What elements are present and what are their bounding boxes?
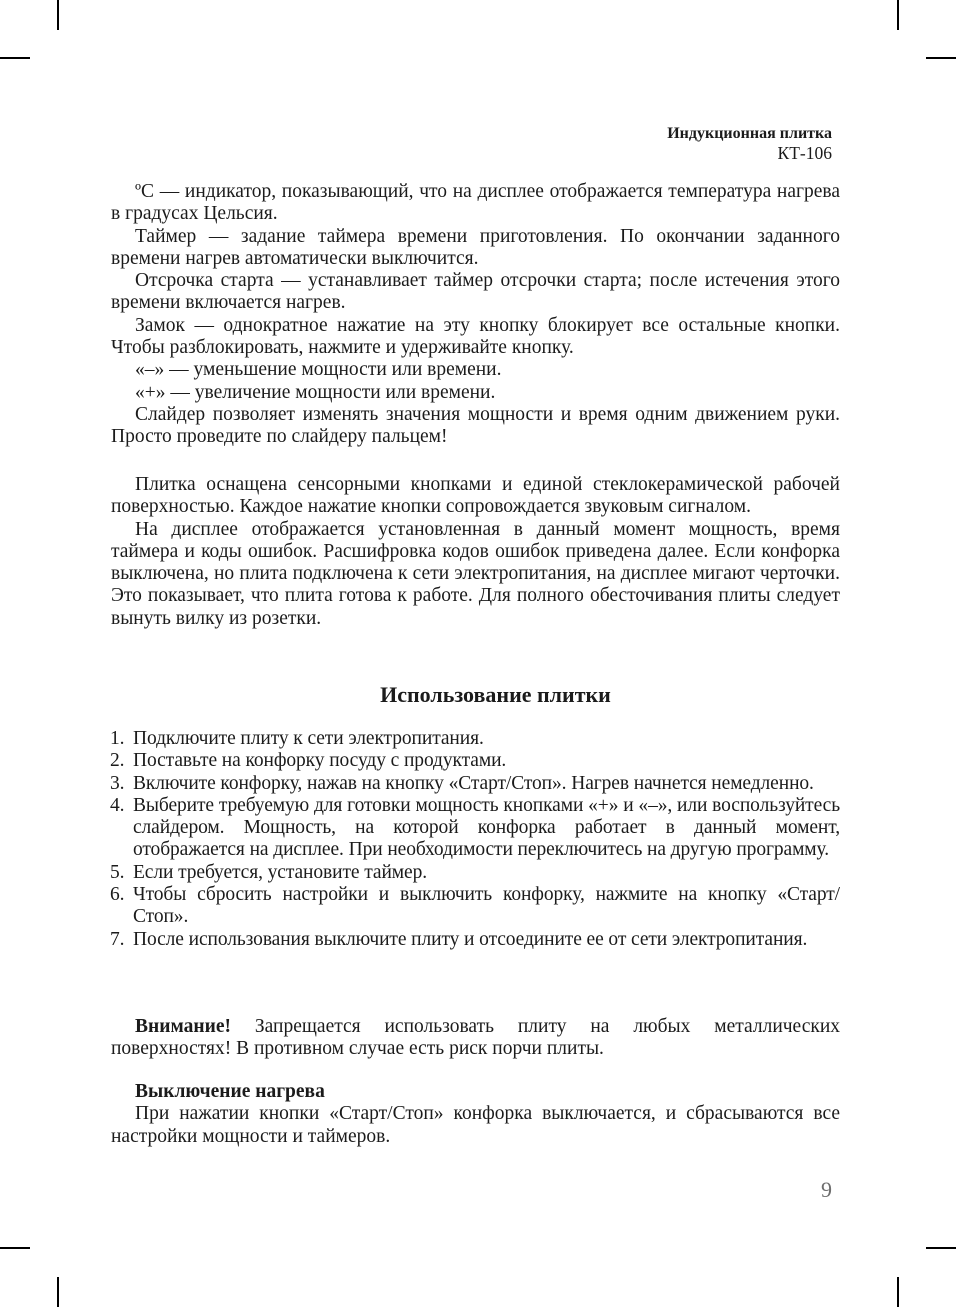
usage-step: 2. Поставьте на конфорку посуду с продук…	[110, 750, 840, 772]
warning-paragraph: Внимание! Запрещается использовать плиту…	[111, 1016, 840, 1061]
step-number: 6.	[110, 884, 133, 929]
step-text: Подключите плиту к сети электропитания.	[133, 728, 840, 750]
crop-mark-top-right-horizontal	[926, 57, 956, 59]
warning-section: Внимание! Запрещается использовать плиту…	[111, 1016, 840, 1061]
step-number: 1.	[110, 728, 133, 750]
usage-step: 4. Выберите требуемую для готовки мощнос…	[110, 795, 840, 862]
paragraph: Таймер — задание таймера времени пригото…	[111, 226, 840, 271]
document-page: Индукционная плитка КТ-106 ºС — индикато…	[0, 0, 956, 1307]
crop-mark-bottom-left-horizontal	[0, 1247, 30, 1249]
usage-step: 7. После использования выключите плиту и…	[110, 929, 840, 951]
header-model-number: КТ-106	[667, 143, 832, 164]
subsection-paragraph: При нажатии кнопки «Старт/Стоп» конфорка…	[111, 1103, 840, 1148]
crop-mark-bottom-left-vertical	[57, 1277, 59, 1307]
usage-step: 3. Включите конфорку, нажав на кнопку «С…	[110, 773, 840, 795]
step-number: 2.	[110, 750, 133, 772]
controls-description-section: ºС — индикатор, показывающий, что на дис…	[111, 181, 840, 449]
section-title: Использование плитки	[111, 683, 840, 707]
shutdown-section: Выключение нагрева При нажатии кнопки «С…	[111, 1081, 840, 1148]
warning-label: Внимание!	[135, 1016, 231, 1037]
crop-mark-bottom-right-horizontal	[926, 1247, 956, 1249]
step-text: Включите конфорку, нажав на кнопку «Стар…	[133, 773, 840, 795]
usage-step: 5. Если требуется, установите таймер.	[110, 862, 840, 884]
paragraph: Плитка оснащена сенсорными кнопками и ед…	[111, 474, 840, 519]
display-description-section: Плитка оснащена сенсорными кнопками и ед…	[111, 474, 840, 630]
usage-step: 6. Чтобы сбросить настройки и выключить …	[110, 884, 840, 929]
step-text: Выберите требуемую для готовки мощность …	[133, 795, 840, 862]
running-header: Индукционная плитка КТ-106	[667, 124, 832, 164]
paragraph: Отсрочка старта — устанавливает таймер о…	[111, 270, 840, 315]
header-product-name: Индукционная плитка	[667, 124, 832, 143]
usage-step: 1. Подключите плиту к сети электропитани…	[110, 728, 840, 750]
paragraph: Замок — однократное нажатие на эту кнопк…	[111, 315, 840, 360]
crop-mark-bottom-right-vertical	[897, 1277, 899, 1307]
step-text: Если требуется, установите таймер.	[133, 862, 840, 884]
step-text: После использования выключите плиту и от…	[133, 929, 840, 951]
paragraph: Слайдер позволяет изменять значения мощн…	[111, 404, 840, 449]
step-text: Чтобы сбросить настройки и выключить кон…	[133, 884, 840, 929]
crop-mark-top-left-horizontal	[0, 57, 30, 59]
paragraph: На дисплее отображается установленная в …	[111, 519, 840, 630]
paragraph: ºС — индикатор, показывающий, что на дис…	[111, 181, 840, 226]
paragraph: «–» — уменьшение мощности или времени.	[111, 359, 840, 381]
crop-mark-top-left-vertical	[57, 0, 59, 30]
step-number: 4.	[110, 795, 133, 862]
usage-steps-list: 1. Подключите плиту к сети электропитани…	[110, 728, 840, 951]
step-number: 5.	[110, 862, 133, 884]
crop-mark-top-right-vertical	[897, 0, 899, 30]
step-number: 3.	[110, 773, 133, 795]
subsection-title: Выключение нагрева	[111, 1081, 840, 1103]
paragraph: «+» — увеличение мощности или времени.	[111, 382, 840, 404]
step-number: 7.	[110, 929, 133, 951]
page-number: 9	[821, 1178, 832, 1202]
step-text: Поставьте на конфорку посуду с продуктам…	[133, 750, 840, 772]
